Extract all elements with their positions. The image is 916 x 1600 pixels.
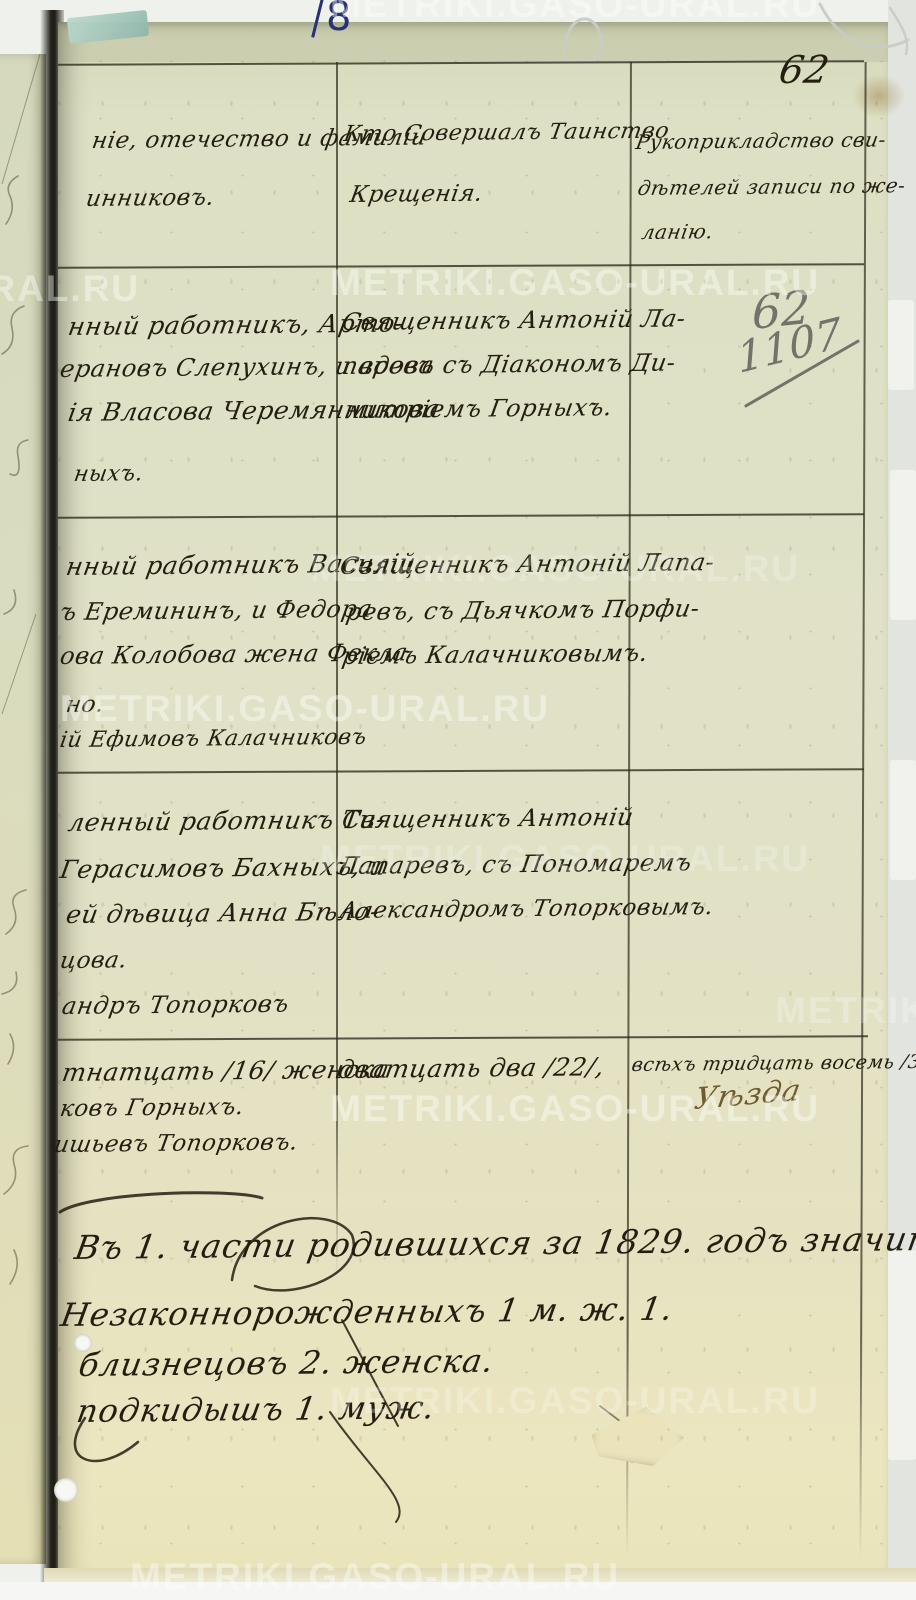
summary-signature-line: ковъ Горныхъ. <box>58 1094 246 1122</box>
record-text-line: ъ Еремининъ, и Федора <box>58 595 375 626</box>
metric-book-scan: 8 62 ніе, отечество и фамиліи инниковъ. … <box>0 0 916 1600</box>
background-paper-patch <box>890 760 916 880</box>
header-col3-line: ланію. <box>640 219 715 244</box>
celebrant-text-line: Лапаревъ, съ Пономаремъ <box>336 848 694 880</box>
celebrant-text-line: Священникъ Антоній Лапа- <box>338 548 717 580</box>
record-text-line: ныхъ. <box>72 461 145 487</box>
pen-flourishes <box>0 1180 916 1600</box>
header-col2-line: Крещенія. <box>348 181 485 208</box>
header-col2-line: Кто Совершалъ Таинство <box>342 119 671 147</box>
header-col3-line: Рукоприкладство сви- <box>634 127 888 154</box>
celebrant-text-line: ревъ, съ Дьячкомъ Порфи- <box>344 594 702 626</box>
table-divider-1 <box>336 62 338 1277</box>
punch-hole <box>54 1478 78 1502</box>
summary-signature-line: ишьевъ Топорковъ. <box>52 1129 300 1158</box>
background-paper-patch <box>888 300 914 390</box>
celebrant-text-line: Священникъ Антоній Ла- <box>340 304 688 336</box>
margin-number-top: 8 <box>326 0 352 40</box>
record-text-line: цова. <box>58 947 129 974</box>
celebrant-text-line: Священникъ Антоній <box>340 803 636 834</box>
record-text-line: андръ Топорковъ <box>60 990 291 1020</box>
paperclip-wire <box>520 0 916 80</box>
celebrant-text-line: ріемъ Калачниковымъ. <box>340 639 650 670</box>
punch-hole <box>74 1334 92 1352</box>
background-paper-patch <box>890 470 916 620</box>
celebrant-text-line: Александромъ Топорковымъ. <box>338 894 715 924</box>
celebrant-text-line: паревъ съ Діакономъ Ди- <box>340 349 678 380</box>
celebrant-text-line: митріемъ Горныхъ. <box>344 393 615 424</box>
header-col3-line: дѣтелей записи по же- <box>636 173 908 200</box>
summary-count-female: дватцать два /22/, <box>336 1052 607 1084</box>
summary-count-total: всѣхъ тридцать восемь /38/ <box>630 1051 916 1076</box>
record-text-line: ей дѣвица Анна Бѣло- <box>64 897 382 929</box>
record-text-line: ій Ефимовъ Калачниковъ <box>58 725 369 753</box>
record-text-line: но. <box>64 692 106 718</box>
page-number: 62 <box>776 47 833 92</box>
header-col1-line: инниковъ. <box>84 185 217 212</box>
